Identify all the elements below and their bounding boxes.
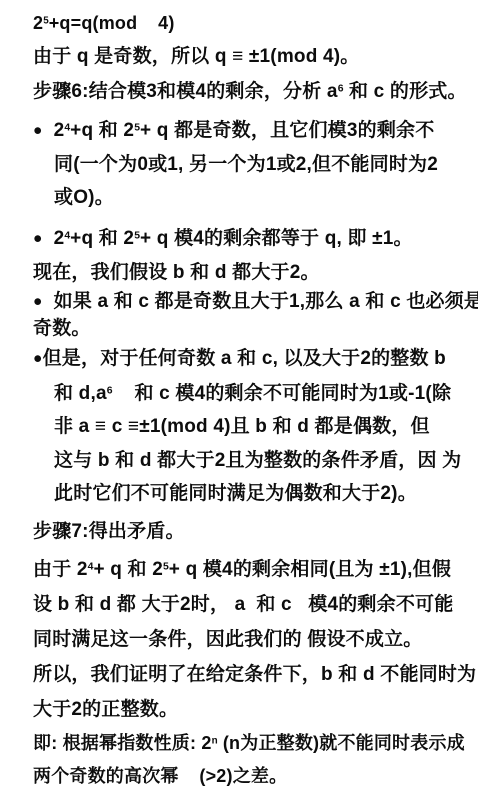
text-segment: 由于 2 — [33, 559, 88, 580]
text-segment: 这与 b 和 d 都大于2且为整数的条件矛盾，因 为 — [54, 450, 461, 471]
text-segment: 2 — [33, 13, 43, 33]
text-line: 这与 b 和 d 都大于2且为整数的条件矛盾，因 为 — [33, 444, 474, 478]
text-segment: +q 和 2 — [70, 228, 134, 249]
text-line: 现在，我们假设 b 和 d 都大于2。 — [33, 256, 474, 289]
text-line: 或O)。 — [33, 181, 474, 214]
text-line: 和 d,a6 和 c 模4的剩余不可能同时为1或-1(除 — [33, 377, 474, 411]
text-line: ● 如果 a 和 c 都是奇数且大于1,那么 a 和 c 也必须是 — [33, 289, 474, 316]
text-segment: 和 c 的形式。 — [344, 81, 467, 102]
text-line: 此时它们不可能同时满足为偶数和大于2)。 — [33, 477, 474, 511]
text-segment: (n为正整数)就不能同时表示成 — [218, 733, 465, 753]
formula-line: 25+q=q(mod 4) — [33, 11, 474, 35]
text-line: 即: 根据幂指数性质: 2n (n为正整数)就不能同时表示成 — [33, 727, 474, 760]
paragraph: 所以，我们证明了在给定条件下，b 和 d 不能同时为大于2的正整数。 — [33, 657, 474, 727]
text-segment: 和 d,a — [54, 383, 107, 404]
step-heading: 步骤7:得出矛盾。 — [33, 518, 474, 545]
text-line: 设 b 和 d 都 大于2时， a 和 c 模4的剩余不可能 — [33, 587, 474, 622]
bullet-item: ●但是，对于任何奇数 a 和 c, 以及大于2的整数 b和 d,a6 和 c 模… — [33, 342, 474, 511]
text-segment: 此时它们不可能同时满足为偶数和大于2)。 — [54, 483, 417, 504]
text-segment: + q 模4的剩余相同(且为 ±1),但假 — [169, 559, 451, 580]
text-segment: + q 模4的剩余都等于 q, 即 ±1。 — [140, 228, 413, 249]
text-segment: 非 a ≡ c ≡±1(mod 4)且 b 和 d 都是偶数，但 — [54, 416, 430, 437]
text-segment: 同时满足这一条件，因此我们的 假设不成立。 — [33, 629, 422, 650]
text-segment: 所以，我们证明了在给定条件下，b 和 d 不能同时为 — [33, 664, 476, 685]
text-line: 奇数。 — [33, 316, 474, 342]
bullet-icon: ● — [33, 114, 43, 147]
text-segment: 大于2的正整数。 — [33, 699, 178, 720]
text-line: 非 a ≡ c ≡±1(mod 4)且 b 和 d 都是偶数，但 — [33, 410, 474, 444]
paragraph: 现在，我们假设 b 和 d 都大于2。 — [33, 256, 474, 289]
text-segment: 但是，对于任何奇数 a 和 c, 以及大于2的整数 b — [43, 348, 446, 369]
text-line: 同(一个为0或1, 另一个为1或2,但不能同时为2 — [33, 148, 474, 181]
text-line: 所以，我们证明了在给定条件下，b 和 d 不能同时为 — [33, 657, 474, 692]
text-segment: 步骤7:得出矛盾。 — [33, 521, 185, 542]
bullet-icon: ● — [33, 222, 43, 255]
bullet-icon: ● — [33, 342, 43, 376]
bullet-icon: ● — [33, 289, 43, 315]
text-line: 同时满足这一条件，因此我们的 假设不成立。 — [33, 622, 474, 657]
text-line: 25+q=q(mod 4) — [33, 11, 474, 35]
document-body: 25+q=q(mod 4)由于 q 是奇数，所以 q ≡ ±1(mod 4)。步… — [0, 0, 478, 787]
text-line: 由于 q 是奇数，所以 q ≡ ±1(mod 4)。 — [33, 43, 474, 70]
text-line: ● 24+q 和 25+ q 模4的剩余都等于 q, 即 ±1。 — [33, 222, 474, 256]
text-segment: 即: 根据幂指数性质: 2 — [33, 733, 212, 753]
bullet-item: ● 24+q 和 25+ q 都是奇数，且它们模3的剩余不同(一个为0或1, 另… — [33, 114, 474, 214]
text-segment: 由于 q 是奇数，所以 q ≡ ±1(mod 4)。 — [33, 46, 360, 67]
text-segment: 现在，我们假设 b 和 d 都大于2。 — [33, 262, 320, 283]
text-segment: + q 都是奇数，且它们模3的剩余不 — [140, 120, 434, 141]
text-segment: 设 b 和 d 都 大于2时， a 和 c 模4的剩余不可能 — [33, 594, 453, 615]
paragraph: 即: 根据幂指数性质: 2n (n为正整数)就不能同时表示成两个奇数的高次幂 (… — [33, 727, 474, 787]
text-line: 步骤6:结合模3和模4的剩余，分析 a6 和 c 的形式。 — [33, 78, 474, 105]
bullet-item: ● 如果 a 和 c 都是奇数且大于1,那么 a 和 c 也必须是奇数。 — [33, 289, 474, 342]
text-segment: 2 — [54, 120, 65, 141]
text-line: 步骤7:得出矛盾。 — [33, 518, 474, 545]
step-heading: 步骤6:结合模3和模4的剩余，分析 a6 和 c 的形式。 — [33, 78, 474, 105]
text-segment: 步骤6:结合模3和模4的剩余，分析 a — [33, 81, 338, 102]
text-line: 由于 24+ q 和 25+ q 模4的剩余相同(且为 ±1),但假 — [33, 552, 474, 587]
text-segment: + q 和 2 — [93, 559, 163, 580]
paragraph: 由于 q 是奇数，所以 q ≡ ±1(mod 4)。 — [33, 43, 474, 70]
text-segment: 如果 a 和 c 都是奇数且大于1,那么 a 和 c 也必须是 — [54, 291, 478, 312]
text-segment: +q=q(mod 4) — [49, 13, 175, 33]
text-line: 大于2的正整数。 — [33, 692, 474, 727]
text-segment: 奇数。 — [33, 318, 91, 339]
text-segment: 2 — [54, 228, 65, 249]
text-segment: 和 c 模4的剩余不可能同时为1或-1(除 — [113, 383, 452, 404]
text-line: ●但是，对于任何奇数 a 和 c, 以及大于2的整数 b — [33, 342, 474, 377]
text-line: 两个奇数的高次幂 (>2)之差。 — [33, 760, 474, 787]
text-line: ● 24+q 和 25+ q 都是奇数，且它们模3的剩余不 — [33, 114, 474, 148]
text-segment: +q 和 2 — [70, 120, 134, 141]
bullet-item: ● 24+q 和 25+ q 模4的剩余都等于 q, 即 ±1。 — [33, 222, 474, 256]
text-segment: 两个奇数的高次幂 (>2)之差。 — [33, 766, 287, 786]
paragraph: 由于 24+ q 和 25+ q 模4的剩余相同(且为 ±1),但假设 b 和 … — [33, 552, 474, 657]
text-segment: 或O)。 — [54, 187, 114, 208]
text-segment: 同(一个为0或1, 另一个为1或2,但不能同时为2 — [54, 154, 438, 175]
